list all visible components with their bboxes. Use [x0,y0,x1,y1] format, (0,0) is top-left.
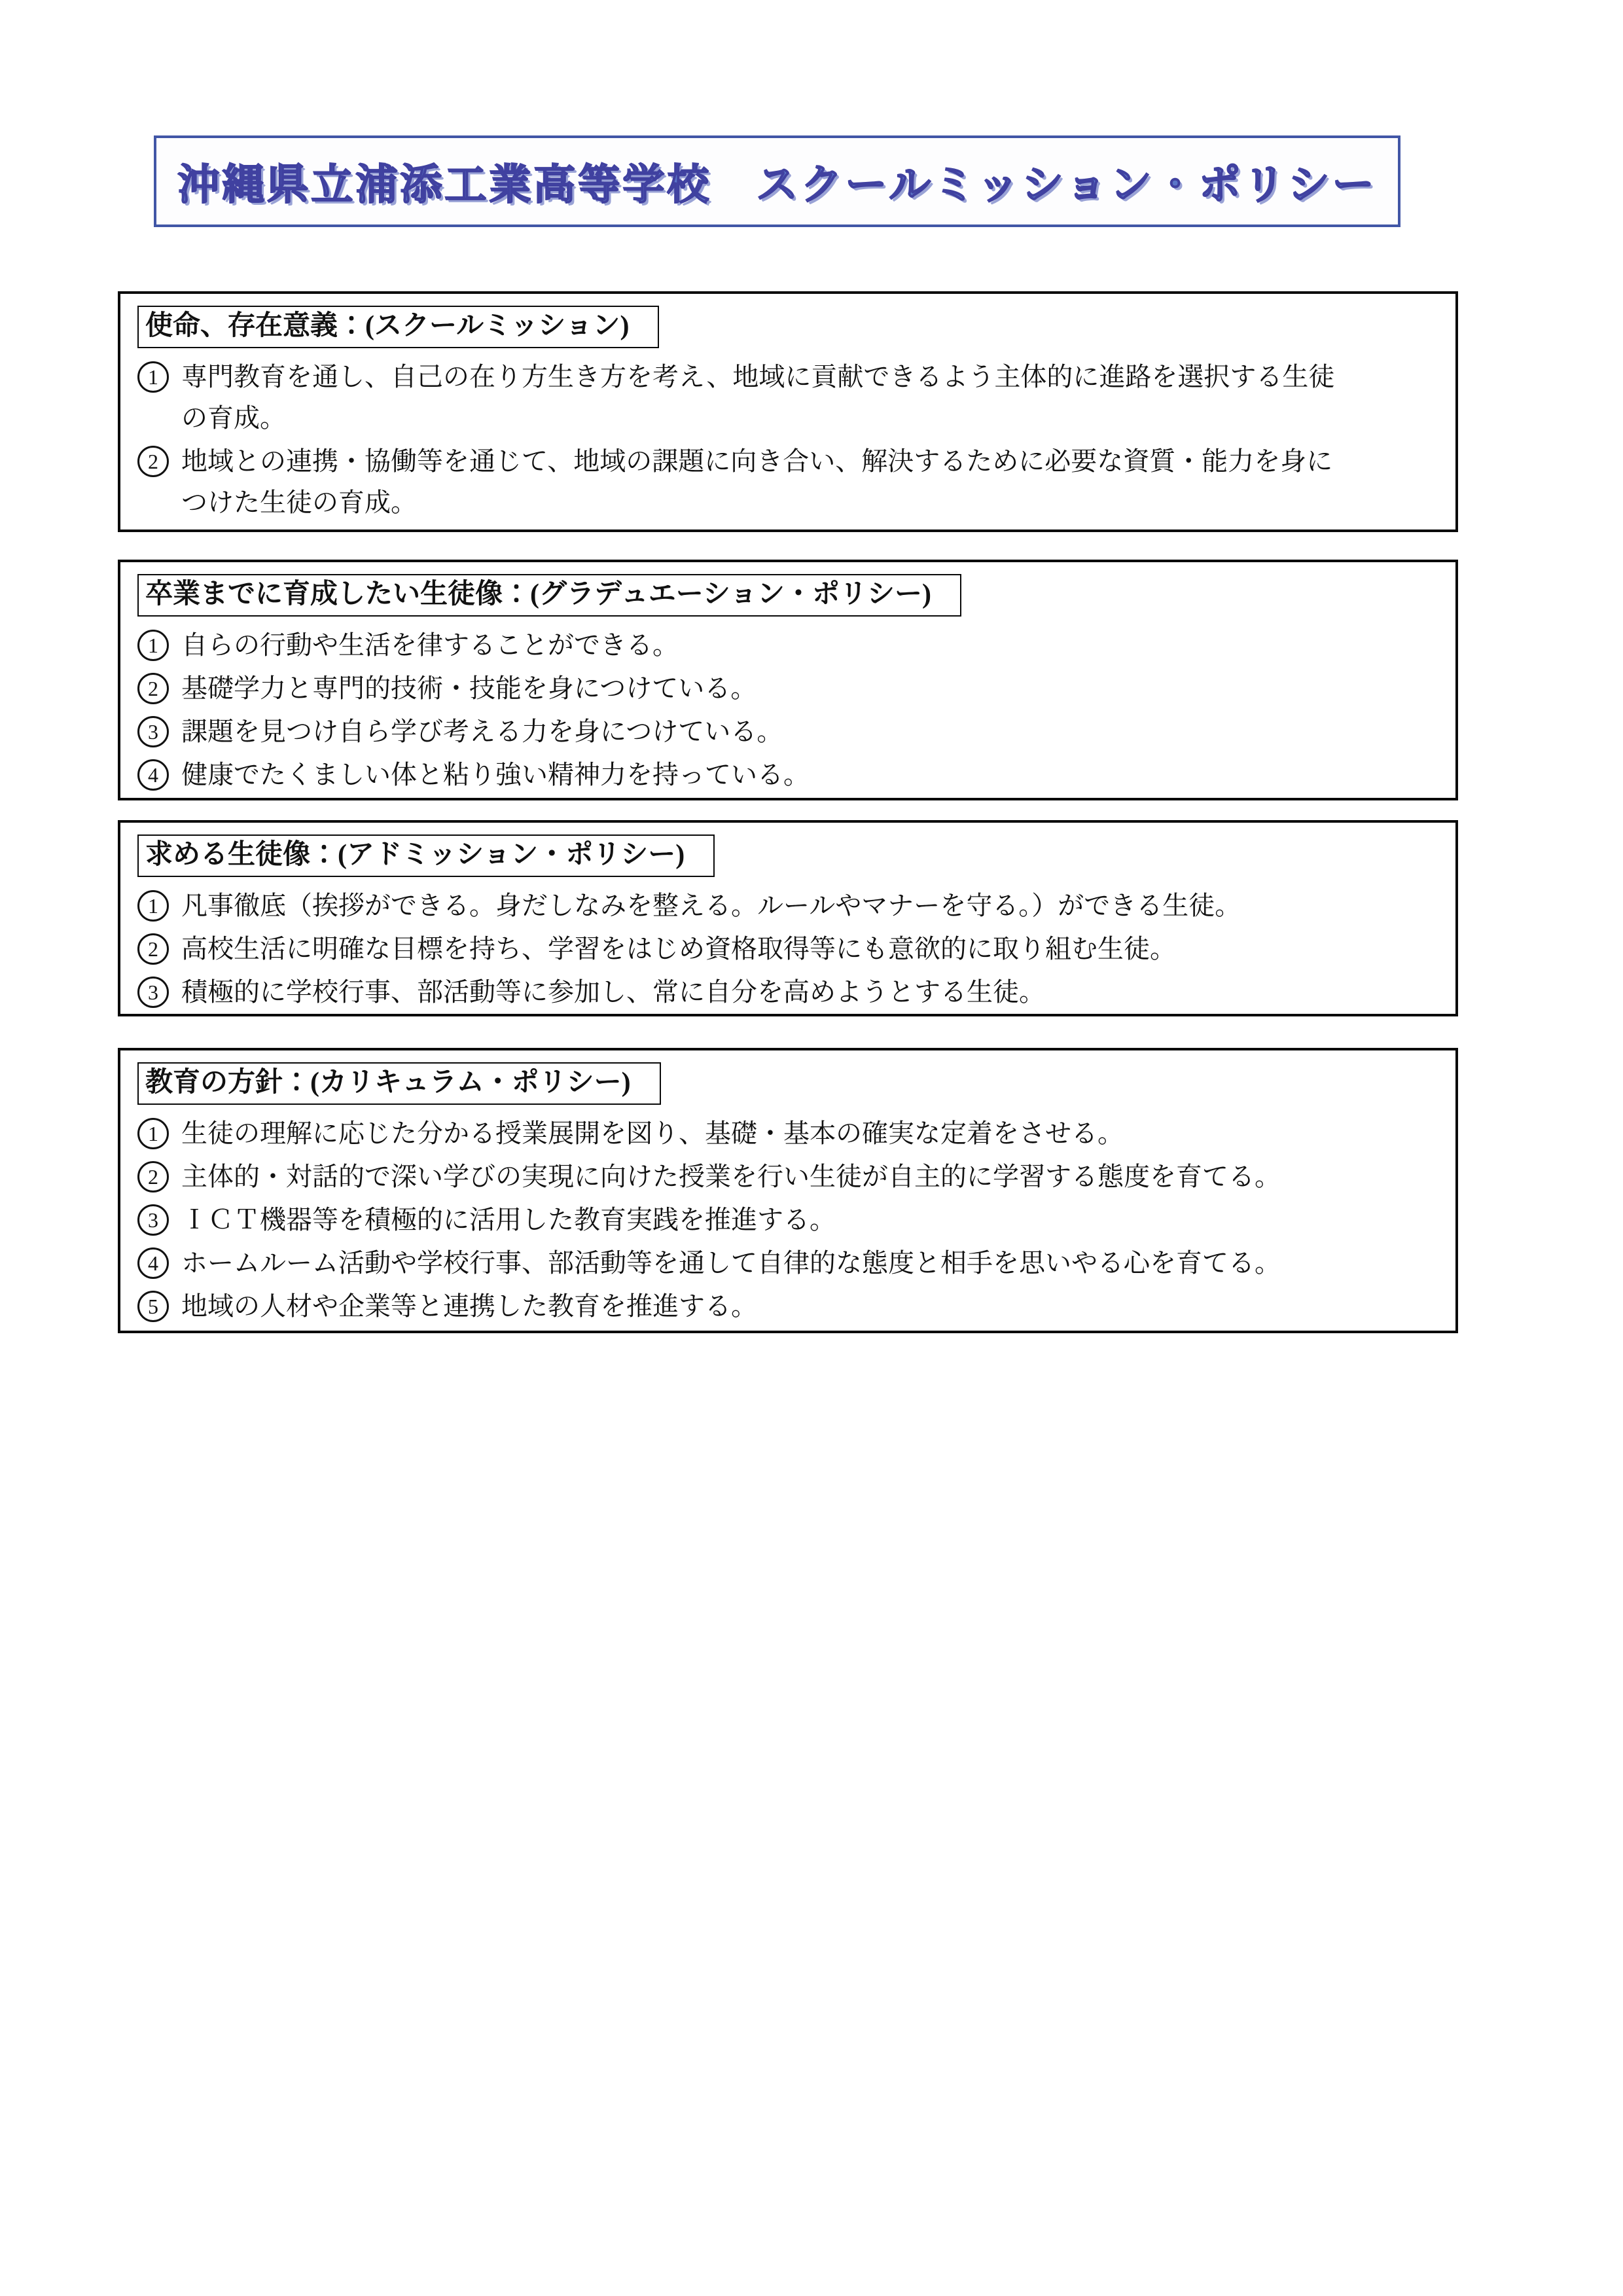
item-text: ＩＣＴ機器等を積極的に活用した教育実践を推進する。 [181,1199,836,1240]
item-text: 地域との連携・協働等を通じて、地域の課題に向き合い、解決するために必要な資質・能… [181,440,1353,523]
item-text: 基礎学力と専門的技術・技能を身につけている。 [181,668,757,709]
item-text: 専門教育を通し、自己の在り方生き方を考え、地域に貢献できるよう主体的に進路を選択… [181,356,1353,439]
section-graduation-policy: 卒業までに育成したい生徒像：(グラデュエーション・ポリシー) 1 自らの行動や生… [118,560,1458,800]
list-item: 1 凡事徹底（挨拶ができる。身だしなみを整える。ルールやマナーを守る。）ができる… [137,885,1440,926]
item-text: 健康でたくましい体と粘り強い精神力を持っている。 [181,754,810,795]
document-page: 沖縄県立浦添工業高等学校 スクールミッション・ポリシー 使命、存在意義：(スクー… [0,0,1623,2296]
list-item: 4 ホームルーム活動や学校行事、部活動等を通して自律的な態度と相手を思いやる心を… [137,1242,1440,1283]
title-banner: 沖縄県立浦添工業高等学校 スクールミッション・ポリシー [154,135,1400,227]
item-text: 自らの行動や生活を律することができる。 [181,624,679,666]
items-list: 1 専門教育を通し、自己の在り方生き方を考え、地域に貢献できるよう主体的に進路を… [137,356,1440,523]
section-curriculum-policy: 教育の方針：(カリキュラム・ポリシー) 1 生徒の理解に応じた分かる授業展開を図… [118,1048,1458,1333]
list-item: 2 高校生活に明確な目標を持ち、学習をはじめ資格取得等にも意欲的に取り組む生徒。 [137,928,1440,969]
list-item: 4 健康でたくましい体と粘り強い精神力を持っている。 [137,754,1440,795]
list-item: 2 主体的・対話的で深い学びの実現に向けた授業を行い生徒が自主的に学習する態度を… [137,1156,1440,1197]
items-list: 1 自らの行動や生活を律することができる。 2 基礎学力と専門的技術・技能を身に… [137,624,1440,795]
circled-number: 2 [137,673,169,704]
item-text: 生徒の理解に応じた分かる授業展開を図り、基礎・基本の確実な定着をさせる。 [181,1113,1124,1154]
circled-number: 2 [137,933,169,965]
item-text: 地域の人材や企業等と連携した教育を推進する。 [181,1285,757,1327]
circled-number: 3 [137,1204,169,1236]
item-text: 主体的・対話的で深い学びの実現に向けた授業を行い生徒が自主的に学習する態度を育て… [181,1156,1281,1197]
circled-number: 1 [137,630,169,661]
list-item: 1 専門教育を通し、自己の在り方生き方を考え、地域に貢献できるよう主体的に進路を… [137,356,1440,439]
circled-number: 2 [137,446,169,477]
section-heading: 使命、存在意義：(スクールミッション) [137,306,659,348]
section-school-mission: 使命、存在意義：(スクールミッション) 1 専門教育を通し、自己の在り方生き方を… [118,291,1458,532]
circled-number: 4 [137,1247,169,1279]
circled-number: 1 [137,890,169,922]
item-text: 課題を見つけ自ら学び考える力を身につけている。 [181,711,783,752]
item-text: 高校生活に明確な目標を持ち、学習をはじめ資格取得等にも意欲的に取り組む生徒。 [181,928,1176,969]
circled-number: 1 [137,361,169,393]
list-item: 3 課題を見つけ自ら学び考える力を身につけている。 [137,711,1440,752]
list-item: 5 地域の人材や企業等と連携した教育を推進する。 [137,1285,1440,1327]
list-item: 2 地域との連携・協働等を通じて、地域の課題に向き合い、解決するために必要な資質… [137,440,1440,523]
list-item: 1 自らの行動や生活を律することができる。 [137,624,1440,666]
items-list: 1 凡事徹底（挨拶ができる。身だしなみを整える。ルールやマナーを守る。）ができる… [137,885,1440,1013]
page-title: 沖縄県立浦添工業高等学校 スクールミッション・ポリシー [177,151,1376,211]
section-heading: 教育の方針：(カリキュラム・ポリシー) [137,1062,661,1105]
item-text: ホームルーム活動や学校行事、部活動等を通して自律的な態度と相手を思いやる心を育て… [181,1242,1281,1283]
item-text: 凡事徹底（挨拶ができる。身だしなみを整える。ルールやマナーを守る。）ができる生徒… [181,885,1241,926]
circled-number: 1 [137,1118,169,1149]
section-heading: 求める生徒像：(アドミッション・ポリシー) [137,834,715,877]
section-admission-policy: 求める生徒像：(アドミッション・ポリシー) 1 凡事徹底（挨拶ができる。身だしな… [118,820,1458,1016]
list-item: 3 積極的に学校行事、部活動等に参加し、常に自分を高めようとする生徒。 [137,971,1440,1013]
circled-number: 2 [137,1161,169,1193]
circled-number: 4 [137,759,169,791]
circled-number: 3 [137,977,169,1008]
list-item: 3 ＩＣＴ機器等を積極的に活用した教育実践を推進する。 [137,1199,1440,1240]
circled-number: 3 [137,716,169,747]
list-item: 2 基礎学力と専門的技術・技能を身につけている。 [137,668,1440,709]
item-text: 積極的に学校行事、部活動等に参加し、常に自分を高めようとする生徒。 [181,971,1045,1013]
items-list: 1 生徒の理解に応じた分かる授業展開を図り、基礎・基本の確実な定着をさせる。 2… [137,1113,1440,1327]
list-item: 1 生徒の理解に応じた分かる授業展開を図り、基礎・基本の確実な定着をさせる。 [137,1113,1440,1154]
circled-number: 5 [137,1291,169,1322]
section-heading: 卒業までに育成したい生徒像：(グラデュエーション・ポリシー) [137,574,961,617]
